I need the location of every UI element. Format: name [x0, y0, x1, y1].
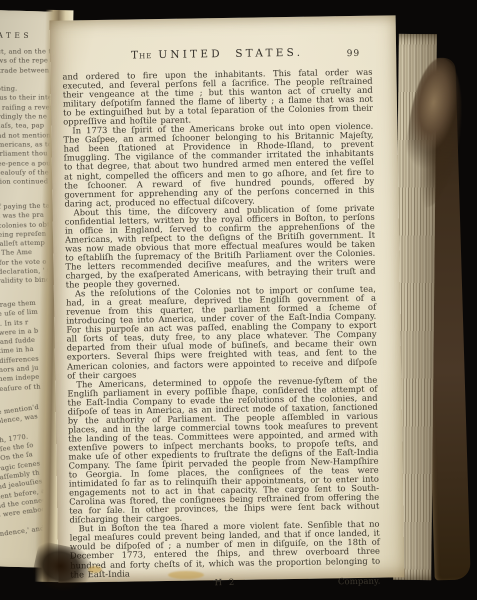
catchword: Company.	[338, 576, 381, 587]
paragraph: About this time, the diſcovery and publi…	[65, 203, 376, 289]
running-title-text: UNITED STATES.	[158, 47, 303, 61]
page-number: 99	[347, 49, 361, 59]
right-page: TheUNITED STATES. 99 and ordered to fire…	[50, 15, 405, 582]
paragraph: The Americans, determined to oppoſe the …	[67, 375, 379, 525]
page-stain	[168, 571, 204, 579]
book-photo: TATES ſired effect, and on the th d. The…	[0, 0, 477, 600]
paragraph: As the reſolutions of the Colonies not t…	[66, 285, 377, 380]
paragraph: and ordered to fire upon the inhabitants…	[62, 68, 373, 127]
paragraph: But in Boſton the tea ſhared a more viol…	[70, 520, 381, 579]
page-header: TheUNITED STATES. 99	[62, 46, 372, 69]
running-title: TheUNITED STATES.	[62, 46, 372, 63]
paragraph: In 1773 the ſpirit of the Americans brok…	[63, 122, 374, 208]
running-title-lead: The	[131, 49, 152, 61]
body-text: and ordered to fire upon the inhabitants…	[62, 68, 380, 579]
page-stain	[88, 566, 102, 573]
